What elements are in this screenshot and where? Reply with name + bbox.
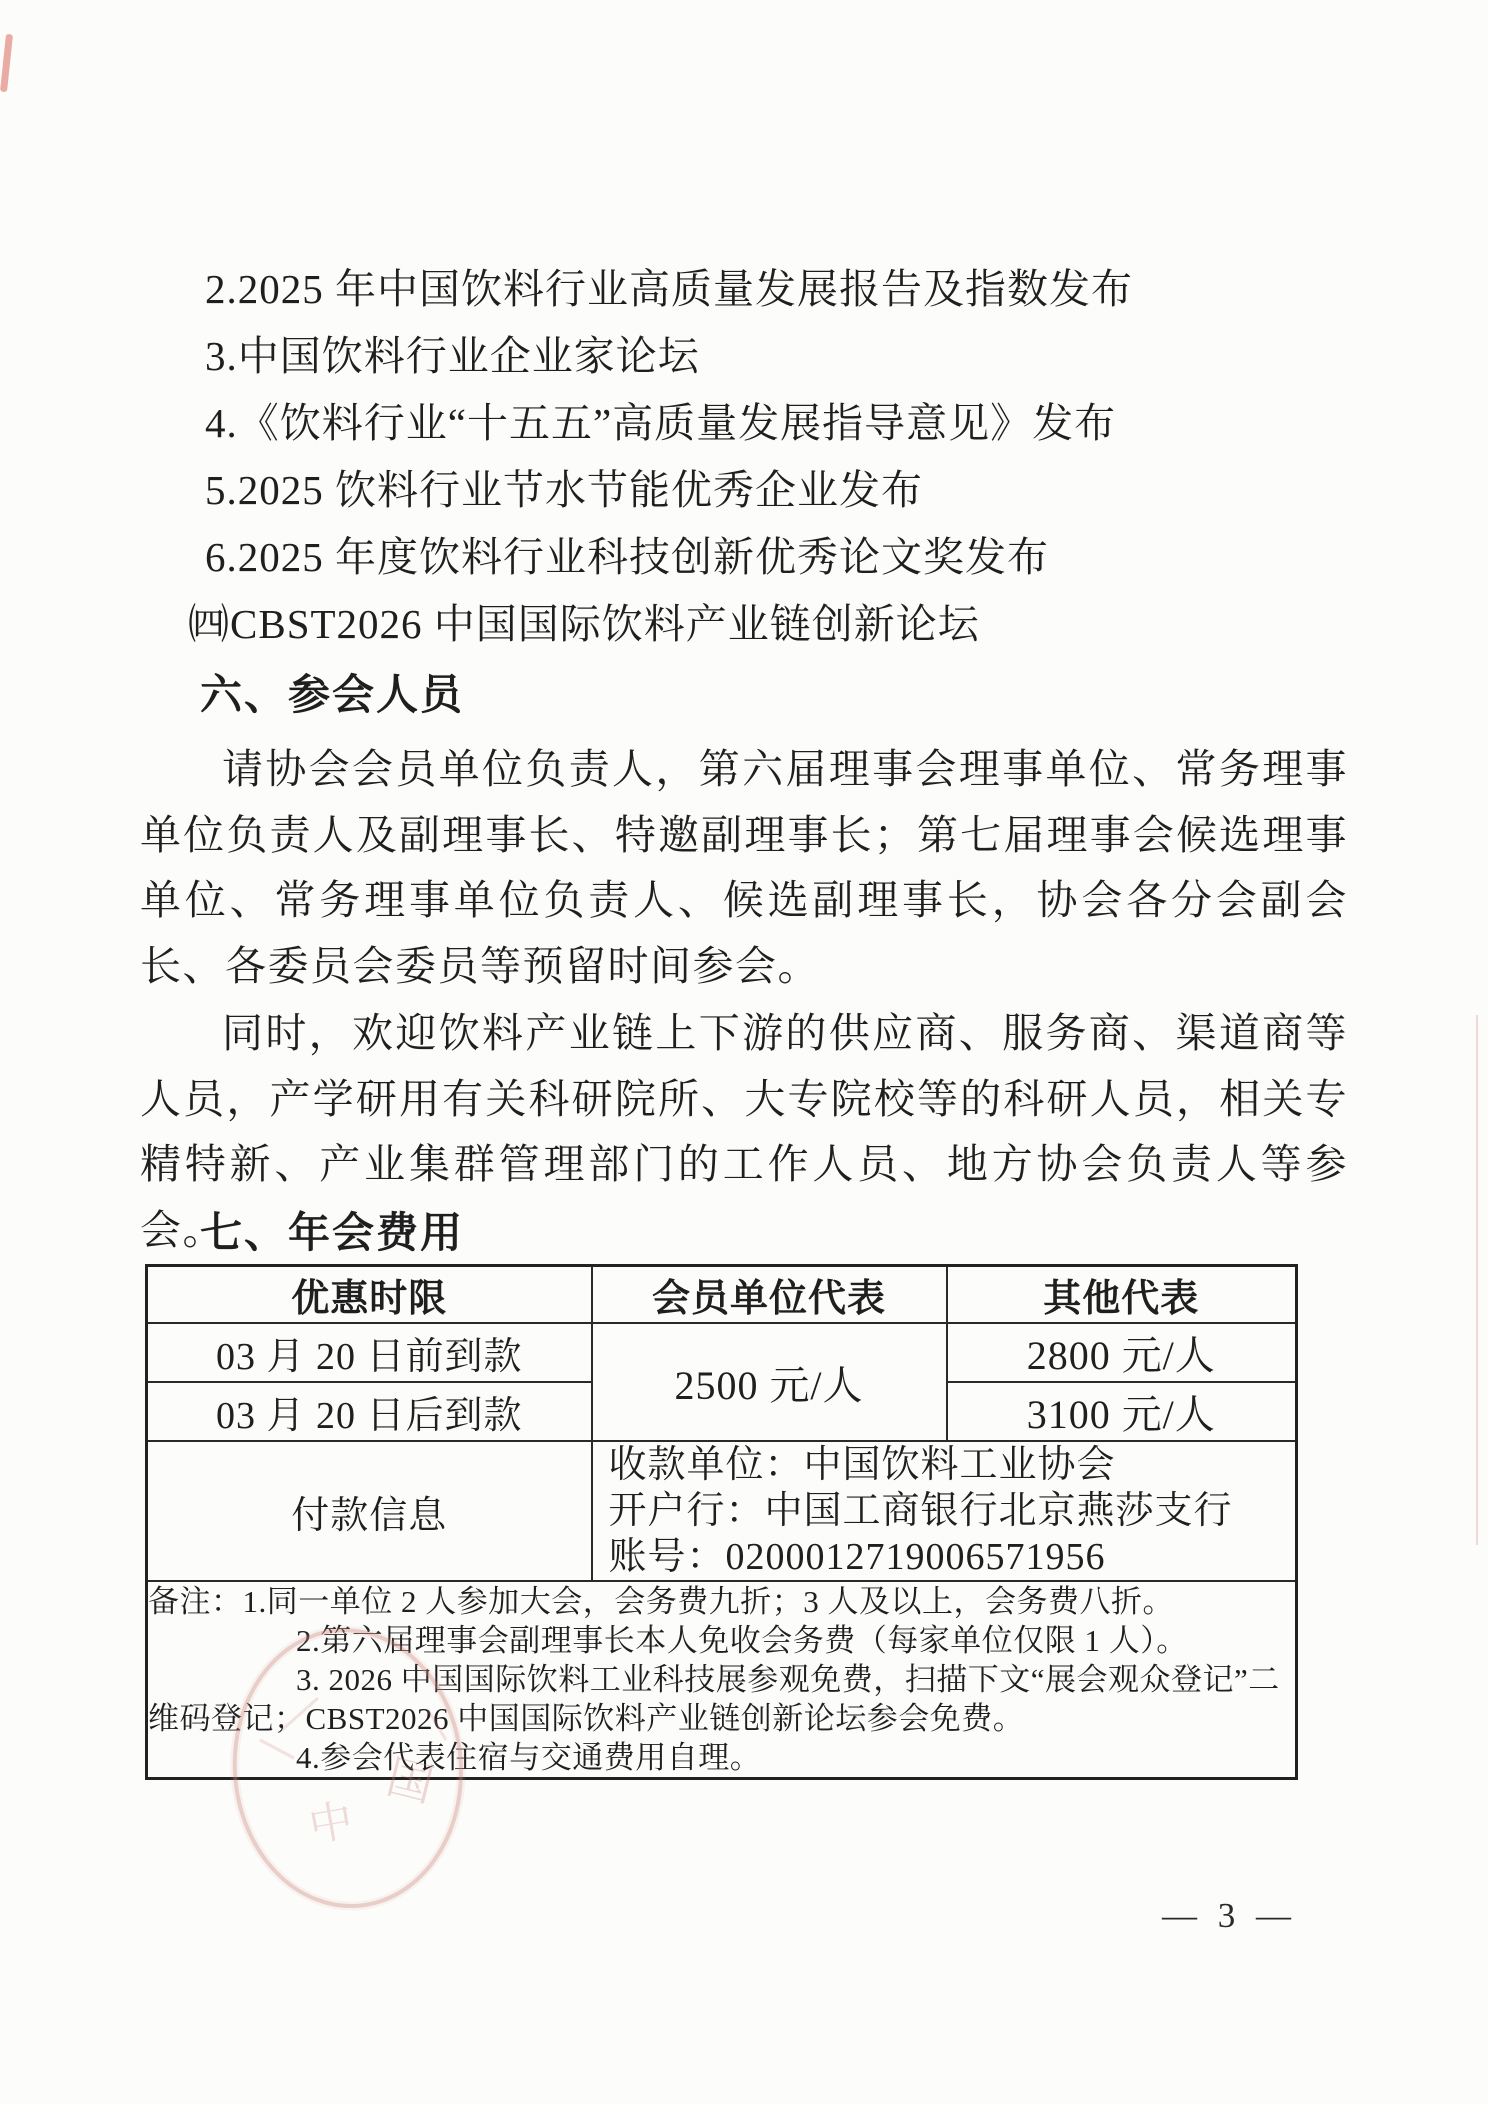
fee-table-header-row: 优惠时限 会员单位代表 其他代表	[147, 1266, 1297, 1324]
payment-bank: 开户行：中国工商银行北京燕莎支行	[593, 1488, 1296, 1534]
page-number: — 3 —	[1162, 1896, 1297, 1936]
payment-label: 付款信息	[147, 1441, 592, 1581]
member-fee: 2500 元/人	[592, 1323, 947, 1441]
attendees-paragraph-1: 请协会会员单位负责人，第六届理事会理事单位、常务理事单位负责人及副理事长、特邀副…	[140, 737, 1348, 999]
stamp-char: 中	[305, 1796, 357, 1852]
agenda-item: 2.2025 年中国饮料行业高质量发展报告及指数发布	[0, 256, 1488, 323]
note-line: 2.第六届理事会副理事长本人免收会务费（每家单位仅限 1 人）。	[148, 1621, 1295, 1660]
section-heading-fees: 七、年会费用	[200, 1210, 464, 1256]
payment-account: 账号：0200012719006571956	[593, 1534, 1296, 1580]
deadline-before: 03 月 20 日前到款	[147, 1323, 592, 1382]
header-other-delegate: 其他代表	[947, 1266, 1297, 1324]
scan-edge-line	[1476, 1015, 1478, 1545]
note-line: 维码登记；CBST2026 中国国际饮料产业链创新论坛参会免费。	[148, 1699, 1295, 1738]
fee-row-early: 03 月 20 日前到款 2500 元/人 2800 元/人	[147, 1323, 1297, 1382]
agenda-item: 4.《饮料行业“十五五”高质量发展指导意见》发布	[0, 390, 1488, 457]
note-line: 备注：1.同一单位 2 人参加大会，会务费九折；3 人及以上，会务费八折。	[148, 1582, 1295, 1621]
agenda-list: 2.2025 年中国饮料行业高质量发展报告及指数发布 3.中国饮料行业企业家论坛…	[0, 256, 1488, 658]
note-line: 4.参会代表住宿与交通费用自理。	[148, 1738, 1295, 1777]
red-scan-mark	[0, 34, 13, 92]
header-deadline: 优惠时限	[147, 1266, 592, 1324]
agenda-item: ㈣CBST2026 中国国际饮料产业链创新论坛	[0, 591, 1488, 658]
agenda-item: 3.中国饮料行业企业家论坛	[0, 323, 1488, 390]
notes-row: 备注：1.同一单位 2 人参加大会，会务费九折；3 人及以上，会务费八折。 2.…	[147, 1581, 1297, 1779]
payment-payee: 收款单位：中国饮料工业协会	[593, 1442, 1296, 1488]
notes-cell: 备注：1.同一单位 2 人参加大会，会务费九折；3 人及以上，会务费八折。 2.…	[147, 1581, 1297, 1779]
agenda-item: 5.2025 饮料行业节水节能优秀企业发布	[0, 457, 1488, 524]
fee-table-wrap: 优惠时限 会员单位代表 其他代表 03 月 20 日前到款 2500 元/人 2…	[145, 1264, 1298, 1780]
document-page: 2.2025 年中国饮料行业高质量发展报告及指数发布 3.中国饮料行业企业家论坛…	[0, 0, 1488, 2104]
other-fee-late: 3100 元/人	[947, 1382, 1297, 1441]
payment-details: 收款单位：中国饮料工业协会 开户行：中国工商银行北京燕莎支行 账号：020001…	[592, 1441, 1297, 1581]
deadline-after: 03 月 20 日后到款	[147, 1382, 592, 1441]
fee-table: 优惠时限 会员单位代表 其他代表 03 月 20 日前到款 2500 元/人 2…	[145, 1264, 1298, 1780]
note-line: 3. 2026 中国国际饮料工业科技展参观免费，扫描下文“展会观众登记”二	[148, 1660, 1295, 1699]
agenda-item: 6.2025 年度饮料行业科技创新优秀论文奖发布	[0, 524, 1488, 591]
header-member-delegate: 会员单位代表	[592, 1266, 947, 1324]
section-heading-attendees: 六、参会人员	[200, 672, 464, 718]
payment-row: 付款信息 收款单位：中国饮料工业协会 开户行：中国工商银行北京燕莎支行 账号：0…	[147, 1441, 1297, 1581]
other-fee-early: 2800 元/人	[947, 1323, 1297, 1382]
